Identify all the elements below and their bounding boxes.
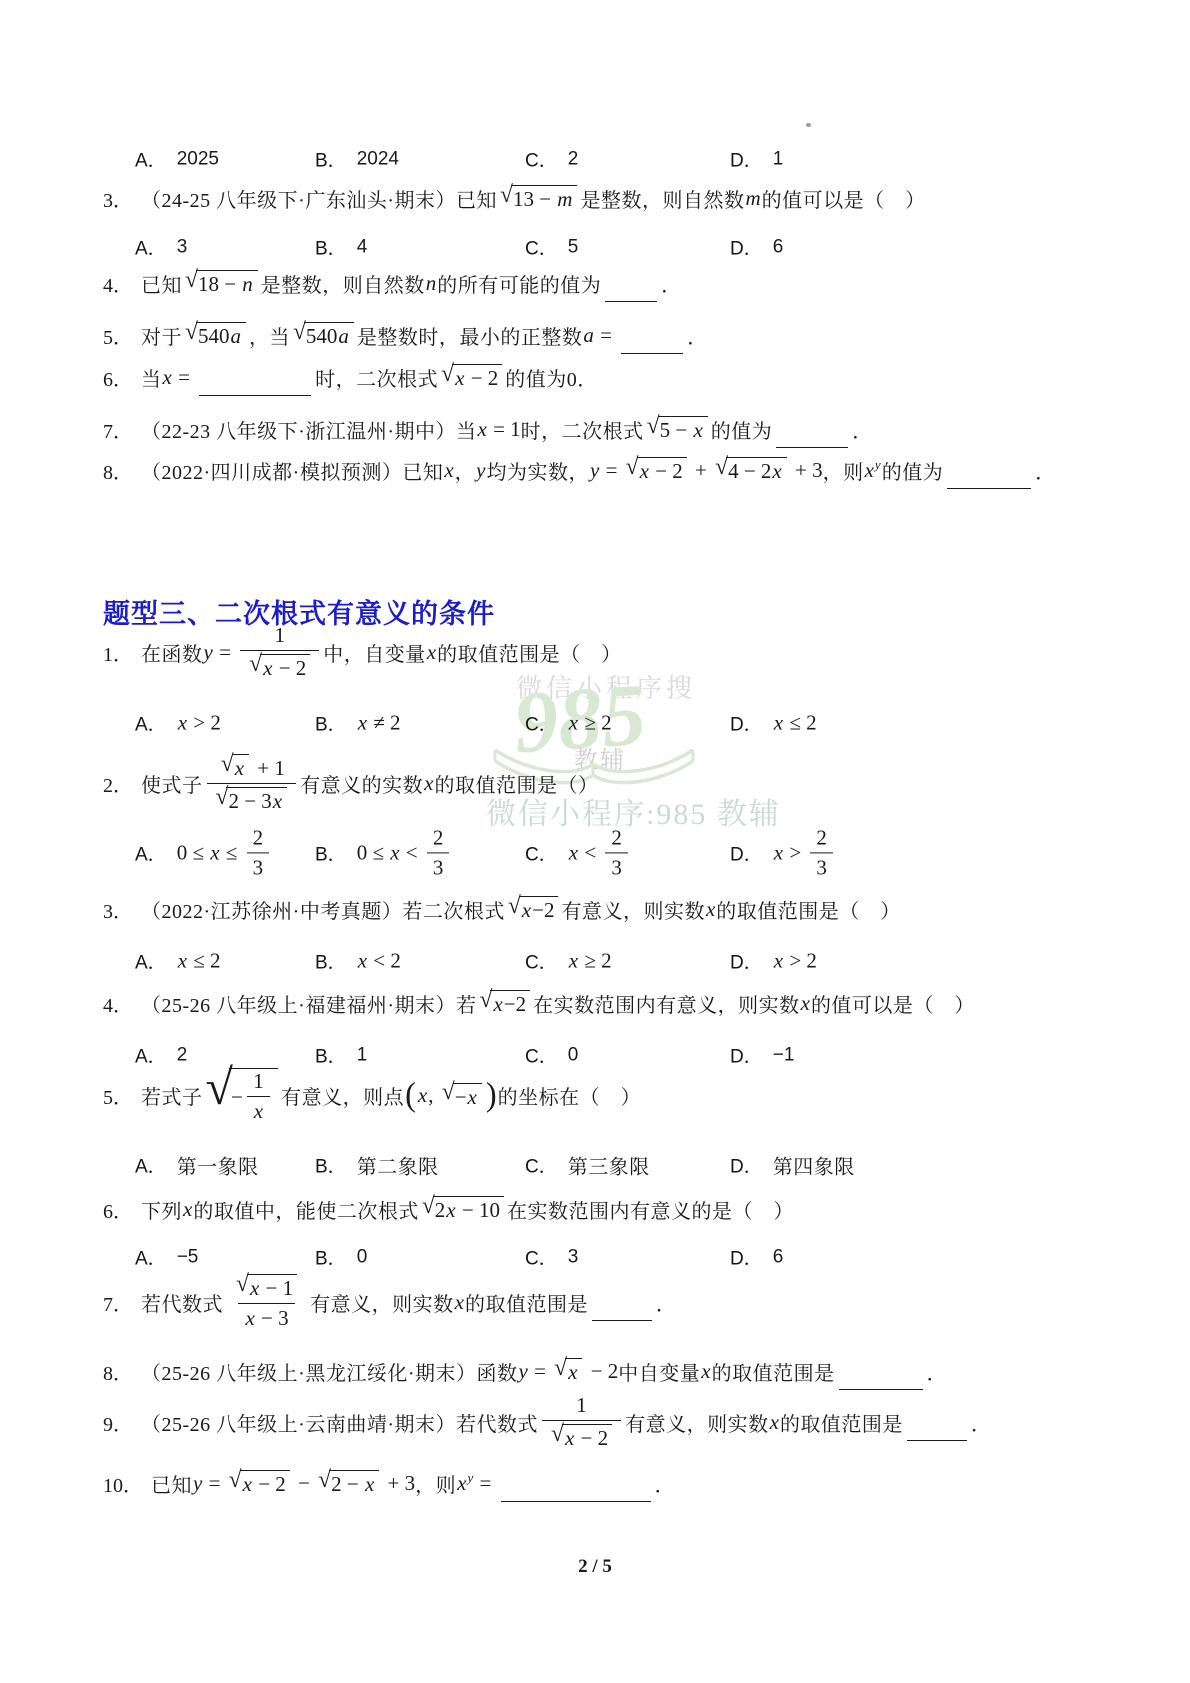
math-token: − 1 <box>260 1276 293 1300</box>
radicand: 2 − x <box>329 1470 379 1496</box>
radical-sign: √ <box>508 895 521 919</box>
option-value: 0 <box>568 1044 579 1066</box>
option-label: B． <box>315 840 347 867</box>
math-token: < 2 <box>368 949 401 974</box>
option-label: A． <box>135 840 167 867</box>
option-label: A． <box>135 1042 167 1069</box>
exponent: y <box>467 1470 473 1485</box>
option-B: B．x ≠ 2 <box>315 710 401 737</box>
question-item: 5．对于√540a，当√540a是整数时，最小的正整数a = ． <box>103 320 1150 350</box>
radical-sign: √ <box>647 415 660 439</box>
fraction: 23 <box>427 826 450 879</box>
answer-blank <box>839 1369 923 1390</box>
math-variable: m <box>745 186 760 211</box>
radical-sign: √ <box>318 1469 331 1493</box>
option-value: −1 <box>773 1044 795 1066</box>
option-B: B．0 <box>315 1244 367 1271</box>
fraction-numerator: 2 <box>810 826 833 852</box>
math-variable: x <box>183 1197 192 1222</box>
question-number: 3． <box>103 895 133 924</box>
math-variable: x <box>273 789 282 813</box>
math-variable: x <box>390 841 399 866</box>
text-run: 均为实数， <box>486 456 589 485</box>
fraction-numerator: 2 <box>605 826 628 852</box>
text-run: 在实数范围内有意义的是（ ） <box>507 1195 794 1224</box>
math-variable: y <box>518 1359 527 1384</box>
math-variable: x <box>693 418 702 442</box>
option-value: 1 <box>357 1044 368 1066</box>
question-item: 1．在函数y = 1√x − 2中，自变量x的取值范围是（ ） <box>103 624 1150 680</box>
math-variable: x <box>468 1085 477 1109</box>
math-token: = <box>214 640 236 665</box>
question-number: 8． <box>103 1357 133 1386</box>
radicand: x − 2 <box>637 457 687 483</box>
options-row: A．2025B．2024C．2D．1 <box>0 144 1190 174</box>
question-number: 7． <box>103 415 133 444</box>
question-number: 1． <box>103 638 133 667</box>
text-run: 在函数 <box>141 638 203 667</box>
text-run: 第四象限 <box>773 1151 855 1180</box>
radical-sign: √ <box>229 1469 242 1493</box>
option-A: A．x > 2 <box>135 710 221 737</box>
math-variable: n <box>426 271 437 296</box>
math-token: 1 <box>253 1070 264 1093</box>
radical-sign: √ <box>206 1062 233 1112</box>
math-token: ≤ <box>221 841 243 866</box>
math-token: 3 <box>611 857 622 880</box>
math-token: = <box>595 323 617 348</box>
option-B: B．第二象限 <box>315 1151 439 1180</box>
math-token: + 3 <box>382 1471 415 1496</box>
sqrt-radical: √x−2 <box>508 896 559 922</box>
option-C: C．5 <box>525 234 578 261</box>
text-run: 的值可以是（ ） <box>811 989 975 1018</box>
option-label: D． <box>730 1244 763 1271</box>
math-variable: x <box>245 1307 254 1330</box>
fraction-denominator: 3 <box>247 853 270 880</box>
sqrt-radical: √4 − 2x <box>715 457 787 483</box>
question-number: 9． <box>103 1408 133 1437</box>
option-label: B． <box>315 948 347 975</box>
math-variable: x <box>358 949 367 974</box>
math-variable: x <box>444 458 453 483</box>
radical-sign: √ <box>626 456 639 480</box>
radical-sign: √ <box>500 184 513 208</box>
text-run: 是整数，则自然数 <box>580 184 744 213</box>
math-variable: x <box>250 1276 259 1300</box>
math-token: 2 <box>253 826 264 849</box>
math-token: − 2 <box>575 1426 608 1450</box>
question-number: 6． <box>103 1195 133 1224</box>
text-run: （25-26 八年级上·云南曲靖·期末）若代数式 <box>141 1408 538 1437</box>
radical-sign: √ <box>236 1273 249 1297</box>
option-label: A． <box>135 710 167 737</box>
option-label: C． <box>525 1152 558 1179</box>
sqrt-radical: √x − 1 <box>236 1274 297 1300</box>
radicand: x − 2 <box>562 1424 612 1450</box>
text-run: （24-25 八年级下·广东汕头·期末）已知 <box>141 184 497 213</box>
math-token: 1 <box>274 624 285 647</box>
fraction-numerator: 2 <box>247 826 270 852</box>
math-variable: x <box>424 771 433 796</box>
fraction-denominator: x <box>247 1096 270 1123</box>
fraction: √x − 1x − 3 <box>227 1274 306 1330</box>
question-number: 2． <box>103 769 133 798</box>
option-label: D． <box>730 710 763 737</box>
fraction-numerator: 1 <box>570 1394 593 1420</box>
text-run: （2022·江苏徐州·中考真题）若二次根式 <box>141 895 505 924</box>
sqrt-radical: √2 − 3x <box>216 787 288 813</box>
math-token: ≤ 2 <box>188 949 221 974</box>
option-B: B．2024 <box>315 146 399 173</box>
math-token: 18 − <box>198 272 241 296</box>
text-run: 的取值中，能使二次根式 <box>193 1195 419 1224</box>
text-run: ， <box>455 456 476 485</box>
math-token: 2 <box>816 826 827 849</box>
sqrt-radical: √x−2 <box>479 990 530 1016</box>
text-run: 中，自变量 <box>323 638 426 667</box>
fraction: √x + 1√2 − 3x <box>207 754 297 813</box>
question-item: 7．若代数式√x − 1x − 3有意义，则实数x的取值范围是． <box>103 1274 1150 1330</box>
math-variable: x <box>243 1472 252 1496</box>
math-variable: y <box>476 458 485 483</box>
math-variable: n <box>242 272 253 296</box>
radical-sign: √ <box>293 321 306 345</box>
text-run: 是整数，则自然数 <box>261 269 425 298</box>
text-run: 的值可以是（ ） <box>762 184 926 213</box>
radical-sign: √ <box>551 1423 564 1447</box>
fraction-numerator: √x + 1 <box>212 754 291 783</box>
math-token: = <box>600 458 622 483</box>
math-token: ≠ 2 <box>368 711 401 736</box>
option-label: C． <box>525 234 558 261</box>
math-token: 2 <box>435 1198 446 1222</box>
option-label: B． <box>315 1244 347 1271</box>
radicand: x <box>232 754 249 780</box>
option-label: D． <box>730 948 763 975</box>
question-item: 10．已知y = √x − 2 − √2 − x + 3，则xy = ． <box>103 1468 1150 1498</box>
text-run: 若代数式 <box>141 1288 223 1317</box>
question-number: 3． <box>103 184 133 213</box>
text-run: 已知 <box>151 1469 192 1498</box>
radicand: −1x <box>229 1068 278 1123</box>
math-variable: x <box>701 1359 710 1384</box>
math-variable: x <box>418 1083 427 1108</box>
math-variable: x <box>565 1426 574 1450</box>
question-item: 6．当x = 时，二次根式√x − 2的值为0． <box>103 362 1150 392</box>
option-label: D． <box>730 1152 763 1179</box>
math-token: = <box>529 1359 551 1384</box>
sqrt-radical: √540a <box>293 322 354 348</box>
sqrt-radical: √−1x <box>206 1068 279 1123</box>
option-label: A． <box>135 146 167 173</box>
option-label: C． <box>525 1244 558 1271</box>
fraction-denominator: 3 <box>605 853 628 880</box>
sqrt-radical: √x − 2 <box>249 654 310 680</box>
option-label: D． <box>730 234 763 261</box>
radical-sign: √ <box>715 456 728 480</box>
sqrt-radical: √−x <box>442 1083 482 1109</box>
question-item: 3．（2022·江苏徐州·中考真题）若二次根式√x−2有意义，则实数x的取值范围… <box>103 894 1150 924</box>
radical-sign: √ <box>554 1357 567 1381</box>
radicand: x − 2 <box>240 1470 290 1496</box>
math-variable: x <box>801 991 810 1016</box>
text-run: 时，二次根式 <box>315 363 438 392</box>
radicand: 13 − m <box>511 185 578 211</box>
math-token: 2 − <box>331 1472 364 1496</box>
math-variable: y <box>204 640 213 665</box>
math-token: 2 <box>433 826 444 849</box>
radicand: x−2 <box>519 896 559 922</box>
sqrt-radical: √2x − 10 <box>422 1196 504 1222</box>
answer-blank <box>907 1420 967 1441</box>
text-run: ． <box>927 1357 948 1386</box>
question-item: 4．已知√18 − n是整数，则自然数n的所有可能的值为． <box>103 268 1150 298</box>
option-C: C．x ≥ 2 <box>525 710 612 737</box>
text-run: 是整数时，最小的正整数 <box>357 321 583 350</box>
math-token: + <box>690 458 712 483</box>
math-variable: x <box>774 949 783 974</box>
math-token: 2 <box>611 826 622 849</box>
worksheet-content: A．2025B．2024C．2D．13．（24-25 八年级下·广东汕头·期末）… <box>0 0 1190 1683</box>
text-run: 有意义，则点 <box>281 1081 404 1110</box>
option-C: C．第三象限 <box>525 1151 650 1180</box>
answer-blank <box>605 281 657 302</box>
text-run: ，当 <box>249 321 290 350</box>
fraction: 1x <box>247 1070 270 1123</box>
fraction-numerator: √x − 1 <box>227 1274 306 1303</box>
math-token: = 1 <box>488 417 521 442</box>
radical-sign: √ <box>479 989 492 1013</box>
text-run: 若式子 <box>141 1081 203 1110</box>
option-D: D．6 <box>730 234 783 261</box>
sqrt-radical: √2 − x <box>318 1470 379 1496</box>
text-run: ． <box>656 1288 677 1317</box>
option-D: D．x > 23 <box>730 826 837 879</box>
math-token: ≥ 2 <box>579 949 612 974</box>
option-value: 2 <box>568 148 579 170</box>
fraction-numerator: 2 <box>427 826 450 852</box>
math-variable: x <box>706 897 715 922</box>
question-number: 10． <box>103 1469 143 1498</box>
option-C: C．x ≥ 2 <box>525 948 612 975</box>
options-row: A．3B．4C．5D．6 <box>0 232 1190 262</box>
text-run: ． <box>971 1408 992 1437</box>
option-B: B．0 ≤ x < 23 <box>315 826 453 879</box>
fraction-numerator: 1 <box>247 1070 270 1096</box>
fraction-denominator: 3 <box>810 853 833 880</box>
answer-blank <box>501 1481 651 1502</box>
math-token: − 2 <box>650 459 683 483</box>
option-value: 0 <box>357 1246 368 1268</box>
option-label: B． <box>315 234 347 261</box>
text-run: ． <box>661 269 682 298</box>
option-label: A． <box>135 948 167 975</box>
option-C: C．3 <box>525 1244 578 1271</box>
big-paren: ( <box>405 1079 416 1113</box>
math-variable: x <box>455 1290 464 1315</box>
text-run: ，则 <box>823 456 864 485</box>
math-variable: x <box>772 459 781 483</box>
option-value: −5 <box>177 1246 199 1268</box>
option-value: 3 <box>568 1246 579 1268</box>
text-run: 的值为0． <box>505 363 598 392</box>
option-value: 2025 <box>177 148 219 170</box>
math-token: ≤ 2 <box>784 711 817 736</box>
math-token: < <box>579 841 601 866</box>
math-token: 3 <box>433 857 444 880</box>
text-run: 的坐标在（ ） <box>498 1081 642 1110</box>
text-run: 有意义，则实数 <box>625 1408 769 1437</box>
option-value: 6 <box>773 1246 784 1268</box>
math-variable: a <box>583 323 594 348</box>
option-A: A．2 <box>135 1042 187 1069</box>
text-run: 中自变量 <box>618 1357 700 1386</box>
text-run: 的取值范围是 <box>712 1357 835 1386</box>
text-run: 有意义，则实数 <box>561 895 705 924</box>
text-run: 的取值范围是（ ） <box>716 895 901 924</box>
question-item: 7．（22-23 八年级下·浙江温州·期中）当x = 1时，二次根式√5 − x… <box>103 414 1150 444</box>
radicand: 540a <box>304 322 354 348</box>
text-run: 对于 <box>141 321 182 350</box>
text-run: 的取值范围是 <box>780 1408 903 1437</box>
math-token: 0 ≤ <box>177 841 210 866</box>
option-A: A．2025 <box>135 146 219 173</box>
sqrt-radical: √5 − x <box>647 416 708 442</box>
math-variable: m <box>557 187 572 211</box>
math-variable: x <box>640 459 649 483</box>
option-label: A． <box>135 234 167 261</box>
question-number: 7． <box>103 1288 133 1317</box>
options-row: A．−5B．0C．3D．6 <box>0 1242 1190 1272</box>
math-token: + 3 <box>790 458 823 483</box>
option-label: D． <box>730 146 763 173</box>
radicand: −x <box>453 1083 482 1109</box>
math-token: = <box>203 1471 225 1496</box>
option-label: C． <box>525 710 558 737</box>
math-variable: x <box>365 1472 374 1496</box>
option-B: B．4 <box>315 234 367 261</box>
text-run: 第一象限 <box>177 1151 259 1180</box>
option-label: B． <box>315 1152 347 1179</box>
answer-blank <box>199 375 311 396</box>
fraction: 1√x − 2 <box>542 1394 621 1450</box>
text-run: ． <box>655 1469 676 1498</box>
radicand: 2x − 10 <box>433 1196 504 1222</box>
option-C: C．2 <box>525 146 578 173</box>
math-token: , <box>428 1083 439 1108</box>
option-label: A． <box>135 1152 167 1179</box>
question-item: 3．（24-25 八年级下·广东汕头·期末）已知√13 − m是整数，则自然数m… <box>103 183 1150 213</box>
question-item: 4．（25-26 八年级上·福建福州·期末）若√x−2在实数范围内有意义，则实数… <box>103 988 1150 1018</box>
radicand: 2 − 3x <box>226 787 287 813</box>
sqrt-radical: √x − 2 <box>441 364 502 390</box>
sqrt-radical: √13 − m <box>500 185 577 211</box>
exponent: y <box>875 457 881 472</box>
option-label: C． <box>525 840 558 867</box>
option-D: D．−1 <box>730 1042 794 1069</box>
math-token: − <box>455 1085 467 1109</box>
math-variable: x <box>358 711 367 736</box>
option-B: B．x < 2 <box>315 948 401 975</box>
option-label: B． <box>315 710 347 737</box>
math-variable: x <box>774 841 783 866</box>
math-variable: a <box>230 324 241 348</box>
math-token: + 1 <box>252 757 285 780</box>
radical-sign: √ <box>221 753 234 777</box>
text-run: 当 <box>141 363 162 392</box>
text-run: （22-23 八年级下·浙江温州·期中）当 <box>141 415 476 444</box>
page: 微信小程序搜 985 教辅 微信小程序:985 教辅 A．2025B．2024C… <box>0 0 1190 1683</box>
text-run: ． <box>1035 456 1056 485</box>
math-variable: x <box>455 366 464 390</box>
math-token: 1 <box>576 1394 587 1417</box>
radical-sign: √ <box>216 786 229 810</box>
text-run: （25-26 八年级上·黑龙江绥化·期末）函数 <box>141 1357 517 1386</box>
option-D: D．1 <box>730 146 783 173</box>
math-token: = <box>173 365 195 390</box>
options-row: A．第一象限B．第二象限C．第三象限D．第四象限 <box>0 1150 1190 1180</box>
question-number: 8． <box>103 456 133 485</box>
radical-sign: √ <box>185 321 198 345</box>
math-token: 540 <box>306 324 338 348</box>
math-token: 5 − <box>660 418 693 442</box>
math-variable: x <box>522 898 531 922</box>
answer-blank <box>592 1300 652 1321</box>
big-paren: ) <box>486 1079 497 1113</box>
question-item: 8．（25-26 八年级上·黑龙江绥化·期末）函数y = √x − 2中自变量x… <box>103 1356 1150 1386</box>
math-variable: x <box>163 365 172 390</box>
option-value: 5 <box>568 236 579 258</box>
fraction: 23 <box>247 826 270 879</box>
question-number: 4． <box>103 989 133 1018</box>
options-row: A．x ≤ 2B．x < 2C．x ≥ 2D．x > 2 <box>0 946 1190 976</box>
question-number: 4． <box>103 269 133 298</box>
answer-blank <box>776 427 848 448</box>
math-variable: x <box>493 992 502 1016</box>
radicand: x − 2 <box>452 364 502 390</box>
question-item: 2．使式子√x + 1√2 − 3x有意义的实数x的取值范围是（） <box>103 754 1150 813</box>
text-run: 下列 <box>141 1195 182 1224</box>
math-variable: x <box>774 711 783 736</box>
radical-sign: √ <box>442 1081 455 1105</box>
math-token: 2 − 3 <box>228 789 271 813</box>
sqrt-radical: √x − 2 <box>551 1424 612 1450</box>
math-variable: x <box>477 417 486 442</box>
option-label: C． <box>525 948 558 975</box>
fraction: 23 <box>810 826 833 879</box>
text-run: ． <box>852 415 873 444</box>
option-B: B．1 <box>315 1042 367 1069</box>
math-variable: y <box>590 458 599 483</box>
math-variable: a <box>338 324 349 348</box>
math-token: 0 ≤ <box>357 841 390 866</box>
option-A: A．3 <box>135 234 187 261</box>
sqrt-radical: √18 − n <box>185 270 258 296</box>
math-variable: x <box>568 1360 577 1384</box>
option-C: C．x < 23 <box>525 826 632 879</box>
fraction-denominator: √x − 2 <box>542 1420 621 1450</box>
sqrt-radical: √x <box>221 754 249 780</box>
fraction-numerator: 1 <box>268 624 291 650</box>
option-label: B． <box>315 146 347 173</box>
math-token: − 2 <box>253 1472 286 1496</box>
text-run: 的取值范围是（） <box>434 769 598 798</box>
fraction-denominator: √x − 2 <box>240 650 319 680</box>
radicand: x − 1 <box>247 1274 297 1300</box>
math-token: 4 − 2 <box>728 459 771 483</box>
text-run: 的取值范围是（ ） <box>437 638 622 667</box>
